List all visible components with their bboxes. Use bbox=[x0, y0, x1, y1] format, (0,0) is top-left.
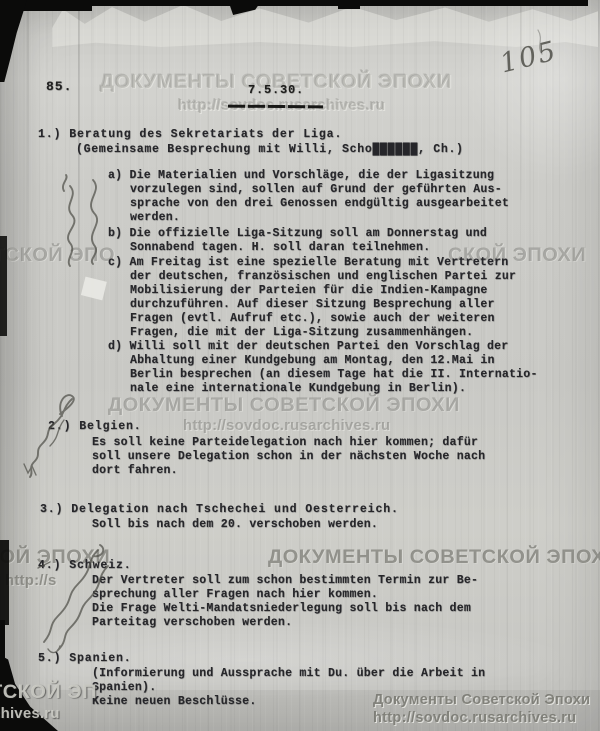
typewritten-line: Berlin besprechen (an diesem Tage hat di… bbox=[130, 368, 538, 381]
scan-edge-left bbox=[0, 236, 7, 336]
typewritten-line: 1.) Beratung des Sekretariats der Liga. bbox=[38, 128, 342, 141]
watermark-fragment: ТСКОЙ ЭПО bbox=[0, 244, 115, 266]
typewritten-line: d) Willi soll mit der deutschen Partei d… bbox=[108, 340, 508, 353]
scan-edge-top bbox=[0, 0, 588, 6]
scan-edge-top-left bbox=[0, 0, 92, 11]
typewritten-line: sprechung aller Fragen nach hier kommen. bbox=[92, 588, 378, 601]
watermark-fragment: ТСКОЙ ЭП bbox=[0, 681, 97, 703]
date-heading: 7.5.30. bbox=[248, 83, 304, 97]
typewritten-line: b) Die offizielle Liga-Sitzung soll am D… bbox=[108, 227, 487, 240]
typewritten-line: (Informierung und Aussprache mit Du. übe… bbox=[92, 667, 485, 680]
watermark-row: ДОКУМЕНТЫ СОВЕТСКОЙ ЭПОХИ bbox=[108, 394, 460, 416]
watermark-url: http://sovdoc.rusarchives.ru bbox=[183, 417, 390, 433]
scan-edge-left bbox=[0, 620, 5, 731]
typewritten-line: durchzuführen. Auf dieser Sitzung Bespre… bbox=[130, 298, 495, 311]
footer-watermark-title: Документы Советской Эпохи bbox=[373, 692, 590, 708]
watermark-fragment: http://s bbox=[5, 572, 57, 588]
typewritten-line: Abhaltung einer Kundgebung am Montag, de… bbox=[130, 354, 495, 367]
typewritten-line: Der Vertreter soll zum schon bestimmten … bbox=[92, 574, 478, 587]
page-number: 85. bbox=[46, 79, 72, 94]
torn-paper-band bbox=[52, 5, 598, 47]
typewritten-line: der deutschen, französischen und englisc… bbox=[130, 270, 516, 283]
typewritten-line: soll unsere Delegation schon in der näch… bbox=[92, 450, 485, 463]
typewritten-line: Fragen (evtl. Aufruf etc.), sowie auch d… bbox=[130, 312, 495, 325]
scan-edge-bottom-left bbox=[0, 655, 58, 731]
scan-edge-left-wedge bbox=[0, 0, 27, 82]
date-underline bbox=[228, 105, 323, 108]
typewritten-line: Soll bis nach dem 20. verschoben werden. bbox=[92, 518, 378, 531]
typewritten-line: Die Frage Welti-Mandatsniederlegung soll… bbox=[92, 602, 471, 615]
typewritten-line: a) Die Materialien und Vorschläge, die d… bbox=[108, 169, 494, 182]
typewritten-line: (Gemeinsame Besprechung mit Willi, Scho█… bbox=[76, 143, 464, 156]
typewritten-line: sprache von den drei Genossen endgültig … bbox=[130, 197, 509, 210]
watermark-fragment: rchives.ru bbox=[0, 705, 60, 721]
typewritten-line: Keine neuen Beschlüsse. bbox=[92, 695, 256, 708]
scan-edge-left bbox=[0, 540, 9, 625]
typewritten-line: Sonnabend tagen. H. soll daran teilnehme… bbox=[130, 241, 430, 254]
watermark-row: ДОКУМЕНТЫ СОВЕТСКОЙ ЭПОХИ bbox=[268, 546, 600, 568]
typewritten-line: werden. bbox=[130, 211, 180, 224]
paper-crease bbox=[78, 0, 80, 430]
scanned-document-page: ДОКУМЕНТЫ СОВЕТСКОЙ ЭПОХИ http://sovdoc.… bbox=[0, 0, 600, 731]
typewritten-line: 2.) Belgien. bbox=[48, 420, 142, 433]
white-correction-patch bbox=[81, 277, 107, 301]
typewritten-line: 3.) Delegation nach Tschechei und Oester… bbox=[40, 503, 399, 516]
typewritten-line: c) Am Freitag ist eine spezielle Beratun… bbox=[108, 256, 508, 269]
typewritten-line: Fragen, die mit der Liga-Sitzung zusamme… bbox=[130, 326, 473, 339]
footer-watermark-url: http://sovdoc.rusarchives.ru bbox=[373, 710, 576, 726]
typewritten-line: Parteitag verschoben werden. bbox=[92, 616, 292, 629]
typewritten-line: Mobilisierung der Parteien für die Indie… bbox=[130, 284, 488, 297]
typewritten-line: 5.) Spanien. bbox=[38, 652, 132, 665]
typewritten-line: 4.) Schweiz. bbox=[38, 559, 132, 572]
paper-crease bbox=[27, 0, 29, 250]
typewritten-line: vorzulegen sind, sollen auf Grund der ge… bbox=[130, 183, 502, 196]
typewritten-line: nale eine internationale Kundgebung in B… bbox=[130, 382, 466, 395]
typewritten-line: Spanien). bbox=[92, 681, 156, 694]
typewritten-line: dort fahren. bbox=[92, 464, 178, 477]
typewritten-line: Es soll keine Parteidelegation nach hier… bbox=[92, 436, 478, 449]
scan-edge-notch bbox=[338, 0, 360, 9]
left-scan-shadow bbox=[0, 0, 40, 731]
